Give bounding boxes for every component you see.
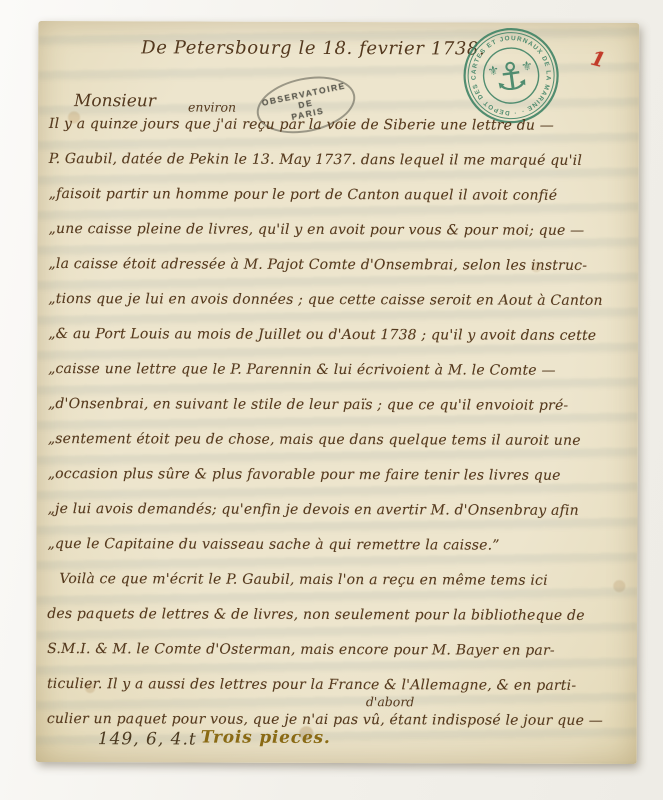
letter-line: „occasion plus sûre & plus favorable pou… — [48, 463, 630, 500]
letter-page: 1 De Petersbourg le 18. fevrier 1738. Mo… — [36, 21, 640, 764]
fleur-de-lis-icon: ⚜ — [487, 63, 501, 79]
fleur-de-lis-icon: ⚜ — [520, 59, 534, 75]
letter-line: „d'Onsenbrai, en suivant le stile de leu… — [48, 393, 630, 430]
scan-background: 1 De Petersbourg le 18. fevrier 1738. Mo… — [0, 0, 663, 800]
letter-line: Voilà ce que m'écrit le P. Gaubil, mais … — [47, 568, 629, 605]
letter-line: P. Gaubil, datée de Pekin le 13. May 173… — [49, 148, 631, 185]
folio-number: 1 — [589, 46, 608, 73]
letter-line: „caisse une lettre que le P. Parennin & … — [48, 358, 630, 395]
letter-line: ticulier. Il y a aussi des lettres pour … — [47, 673, 629, 710]
archive-cote: 149, 6, 4.t — [98, 729, 197, 749]
letter-line: „faisoit partir un homme pour le port de… — [49, 183, 631, 220]
letter-line: Il y a quinze jours que j'ai reçu par la… — [49, 113, 631, 150]
letter-line: „tions que je lui en avois données ; que… — [48, 288, 630, 325]
letter-line: „& au Port Louis au mois de Juillet ou d… — [48, 323, 630, 360]
letter-line: „sentement étoit peu de chose, mais que … — [48, 428, 630, 465]
interline-insertion-environ: environ — [188, 99, 236, 114]
letter-body: Il y a quinze jours que j'ai reçu par la… — [47, 113, 631, 745]
letter-line: „la caisse étoit adressée à M. Pajot Com… — [48, 253, 630, 290]
dateline: De Petersbourg le 18. fevrier 1738. — [141, 37, 485, 59]
letter-line: des paquets de lettres & de livres, non … — [47, 603, 629, 640]
letter-line: „que le Capitaine du vaisseau sache à qu… — [47, 533, 629, 570]
letter-line: „une caisse pleine de livres, qu'il y en… — [48, 218, 630, 255]
archive-note: Trois pieces. — [201, 728, 331, 748]
letter-line: S.M.I. & M. le Comte d'Osterman, mais en… — [47, 638, 629, 675]
salutation: Monsieur — [74, 91, 156, 111]
letter-line: „je lui avois demandés; qu'enfin je devo… — [48, 498, 630, 535]
